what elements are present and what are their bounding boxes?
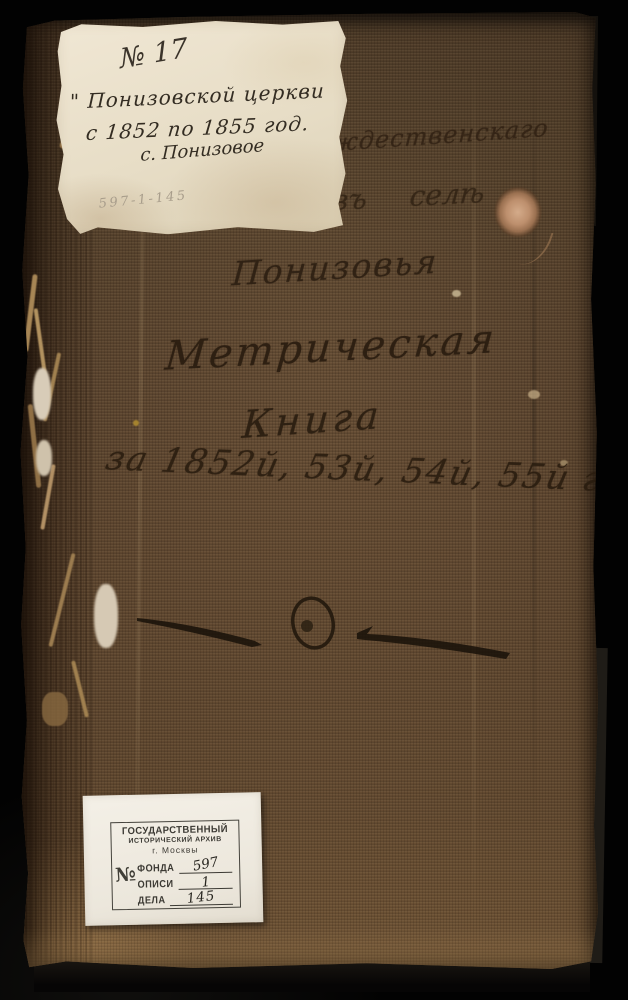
stamp-row-value: 1	[201, 876, 211, 889]
label-church-line: " Понизовской церкви	[70, 78, 326, 113]
stamp-row-value: 145	[186, 890, 216, 905]
fabric-fleck	[452, 290, 461, 297]
stamp-row-label: ОПИСИ	[137, 879, 173, 891]
stamp-number-sign: №	[115, 863, 137, 886]
fabric-fleck	[133, 420, 139, 426]
cover-inscription-line-4: Метрическая	[163, 316, 499, 380]
cover-inscription-line-1: ождественскаго	[314, 114, 549, 159]
cover-bottom-highlight	[20, 927, 598, 969]
label-pencil-code: 597-1-145	[98, 188, 188, 211]
corner-label: № 17 " Понизовской церкви с 1852 по 1855…	[55, 19, 349, 237]
stamp-row-fond: ФОНДА 597	[137, 858, 232, 875]
stamp-row-label: ДЕЛА	[138, 895, 166, 907]
stamp-row-delo: ДЕЛА 145	[138, 890, 233, 907]
stamp-rows: ФОНДА 597 ОПИСИ 1 ДЕЛА 145	[137, 858, 233, 908]
stamp-row-label: ФОНДА	[137, 863, 174, 875]
fabric-hole	[490, 184, 548, 258]
stamp-row-value: 597	[192, 856, 220, 873]
cover-inscription-line-5: Книга	[241, 393, 385, 447]
cover-inscription-line-6: за 1852й, 53й, 54й, 55й год	[102, 438, 628, 501]
fabric-fleck	[528, 390, 540, 399]
stamp-row-value-line: 597	[179, 860, 232, 874]
stamp-org-line-3: г. Москвы	[112, 844, 239, 857]
label-number: № 17	[119, 33, 188, 75]
worn-patch	[94, 584, 118, 648]
worn-patch	[36, 440, 52, 476]
archive-stamp-frame: ГОСУДАРСТВЕННЫЙ ИСТОРИЧЕСКИЙ АРХИВ г. Мо…	[110, 820, 241, 911]
archive-stamp: ГОСУДАРСТВЕННЫЙ ИСТОРИЧЕСКИЙ АРХИВ г. Мо…	[83, 792, 264, 926]
cover-inscription-line-3: Понизовья	[231, 242, 440, 294]
stamp-row-value-line: 1	[178, 876, 232, 890]
frayed-thread	[42, 692, 68, 726]
cover-inscription-line-2: въ селѣ	[331, 176, 486, 217]
stamp-row-opis: ОПИСИ 1	[137, 874, 232, 891]
photo-scene: ождественскаго въ селѣ Понизовья Метриче…	[0, 0, 628, 1000]
stamp-row-value-line: 145	[170, 892, 233, 906]
ink-flourish	[130, 595, 525, 667]
worn-patch	[33, 368, 51, 420]
